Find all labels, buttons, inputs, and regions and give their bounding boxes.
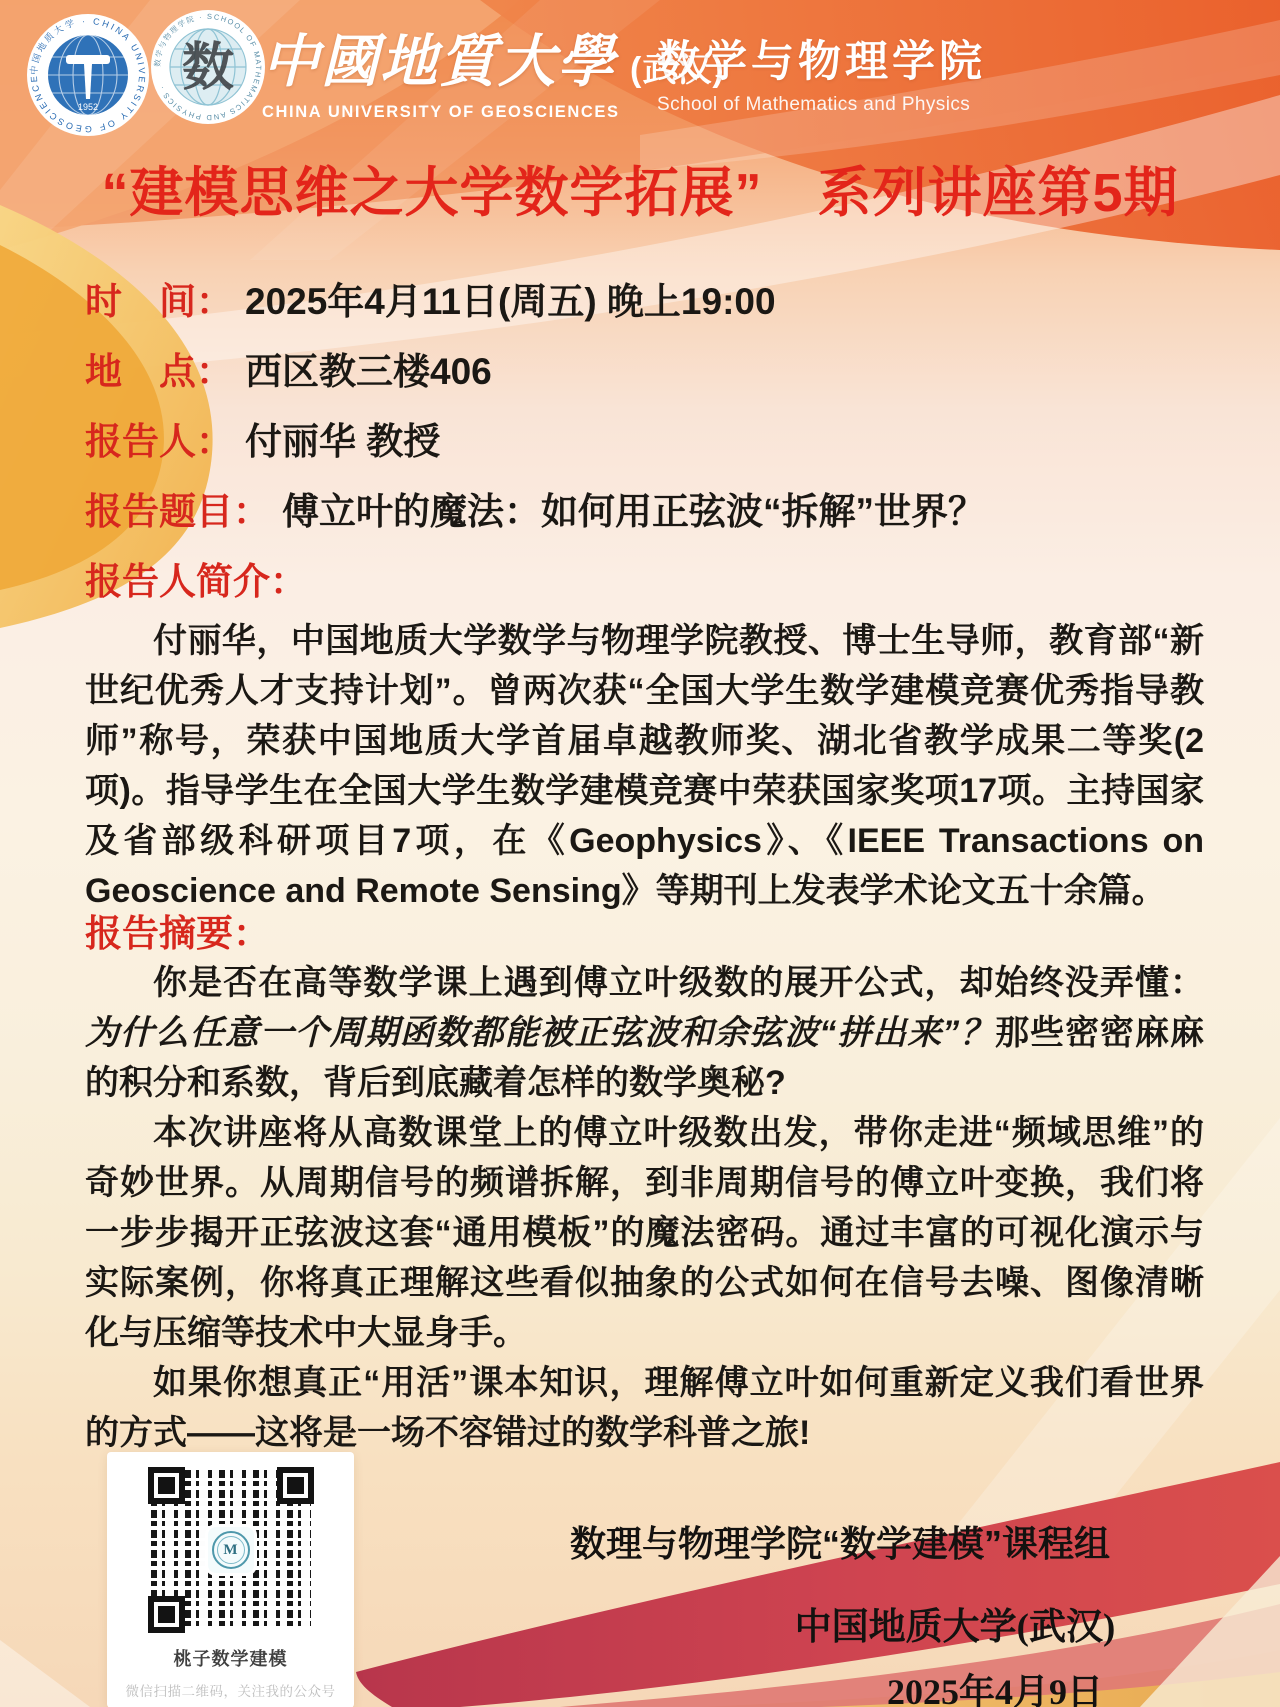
location-label: 地 点： bbox=[85, 351, 233, 392]
abstract-paragraph-3: 如果你想真正“用活”课本知识，理解傅立叶如何重新定义我们看世界的方式——这将是一… bbox=[85, 1358, 1204, 1458]
wechat-qr-card: M 桃子数学建模 微信扫描二维码，关注我的公众号 bbox=[107, 1452, 354, 1707]
signature-date: 2025年4月9日 bbox=[790, 1664, 1200, 1707]
qr-finder-top-left bbox=[148, 1467, 185, 1504]
qr-finder-top-right bbox=[277, 1467, 314, 1504]
info-row-talk-title: 报告题目：傅立叶的魔法：如何用正弦波“拆解”世界？ bbox=[85, 490, 1200, 534]
speaker-value: 付丽华 教授 bbox=[245, 421, 440, 462]
lecture-info-list: 时 间：2025年4月11日(周五) 晚上19:00 地 点：西区教三楼406 … bbox=[85, 280, 1200, 630]
abstract-paragraph-1: 你是否在高等数学课上遇到傅立叶级数的展开公式，却始终没弄懂：为什么任意一个周期函… bbox=[85, 958, 1204, 1108]
qr-scan-hint: 微信扫描二维码，关注我的公众号 bbox=[107, 1680, 354, 1700]
qr-center-seal-glyph: M bbox=[212, 1531, 250, 1569]
signature-organizer: 数理与物理学院“数学建模”课程组 bbox=[530, 1516, 1150, 1567]
university-name-en: CHINA UNIVERSITY OF GEOSCIENCES bbox=[262, 103, 725, 122]
university-name-block: 中國地質大學 (武汉) CHINA UNIVERSITY OF GEOSCIEN… bbox=[262, 16, 725, 122]
abstract-p1-lead: 你是否在高等数学课上遇到傅立叶级数的展开公式，却始终没弄懂： bbox=[153, 964, 1204, 1002]
math-physics-school-seal-logo: 数学与物理学院 · SCHOOL OF MATHEMATICS AND PHYS… bbox=[150, 9, 266, 125]
qr-finder-bottom-left bbox=[148, 1596, 185, 1633]
abstract-body: 你是否在高等数学课上遇到傅立叶级数的展开公式，却始终没弄懂：为什么任意一个周期函… bbox=[85, 958, 1204, 1458]
abstract-paragraph-2: 本次讲座将从高数课堂上的傅立叶级数出发，带你走进“频域思维”的奇妙世界。从周期信… bbox=[85, 1108, 1204, 1358]
time-value: 2025年4月11日(周五) 晚上19:00 bbox=[245, 281, 776, 322]
smp-seal-calligraphy-glyph: 数 bbox=[182, 37, 234, 98]
signature-university: 中国地质大学(武汉) bbox=[710, 1596, 1200, 1650]
info-row-location: 地 点：西区教三楼406 bbox=[85, 350, 1200, 394]
info-row-speaker: 报告人：付丽华 教授 bbox=[85, 420, 1200, 464]
school-name-en: School of Mathematics and Physics bbox=[657, 94, 986, 116]
lecture-poster: 中国地质大学 · CHINA UNIVERSITY OF GEOSCIENCES… bbox=[0, 0, 1280, 1707]
cug-university-seal-logo: 中国地质大学 · CHINA UNIVERSITY OF GEOSCIENCES… bbox=[26, 13, 150, 137]
location-value: 西区教三楼406 bbox=[245, 351, 492, 392]
speaker-bio-paragraph: 付丽华，中国地质大学数学与物理学院教授、博士生导师，教育部“新世纪优秀人才支持计… bbox=[85, 616, 1204, 916]
talk-title-value: 傅立叶的魔法：如何用正弦波“拆解”世界？ bbox=[282, 491, 985, 532]
qr-caption: 桃子数学建模 bbox=[107, 1645, 354, 1671]
qr-center-logo: M bbox=[208, 1527, 254, 1573]
info-row-time: 时 间：2025年4月11日(周五) 晚上19:00 bbox=[85, 280, 1200, 324]
cug-seal-year: 1952 bbox=[78, 102, 98, 112]
qr-code: M bbox=[148, 1467, 314, 1633]
poster-title: “建模思维之大学数学拓展” 系列讲座第5期 bbox=[0, 150, 1280, 227]
abstract-section-heading: 报告摘要： bbox=[85, 903, 270, 957]
school-name-block: 数学与物理学院 School of Mathematics and Physic… bbox=[657, 28, 986, 116]
bio-section-heading: 报告人简介： bbox=[85, 560, 1200, 604]
university-name-cn: 中國地質大學 bbox=[262, 16, 616, 98]
time-label: 时 间： bbox=[85, 281, 233, 322]
school-name-cn: 数学与物理学院 bbox=[657, 28, 986, 89]
abstract-p1-emphasis: 为什么任意一个周期函数都能被正弦波和余弦波“拼出来”？ bbox=[85, 1014, 995, 1052]
speaker-label: 报告人： bbox=[85, 421, 233, 462]
talk-title-label: 报告题目： bbox=[85, 491, 270, 532]
